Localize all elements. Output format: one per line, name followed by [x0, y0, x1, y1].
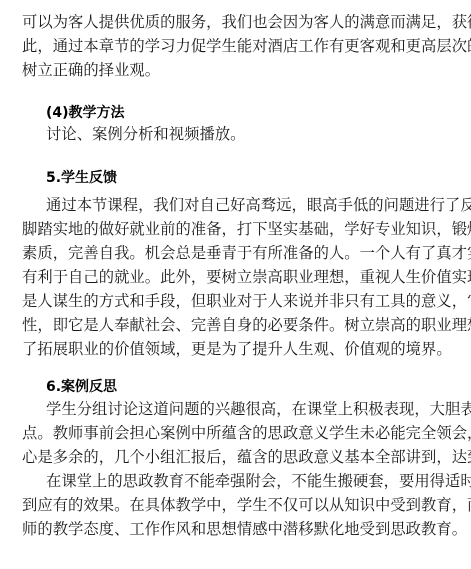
text-line: 是人谋生的方式和手段，但职业对于人来说并非只有工具的意义，它还具有目的 [22, 289, 440, 313]
text-line: 在课堂上的思政教育不能牵强附会，不能生搬硬套，要用得适时适地才能取 [46, 469, 440, 493]
text-line: 素质，完善自我。机会总是垂青于有所准备的人。一个人有了真才实学，才能更 [22, 241, 440, 265]
section-heading: 5.学生反馈 [46, 168, 117, 188]
text-line: 讨论、案例分析和视频播放。 [46, 122, 440, 146]
text-line: 性，即它是人奉献社会、完善自身的必要条件。树立崇高的职业理想，不仅是为 [22, 313, 440, 337]
text-line: 树立正确的择业观。 [22, 58, 440, 82]
text-line: 心是多余的，几个小组汇报后，蕴含的思政意义基本全部讲到，达到预期目的。 [22, 445, 440, 469]
document-page: 可以为客人提供优质的服务，我们也会因为客人的满意而满足，获得成就感。因 此，通过… [0, 0, 471, 569]
text-line: 点。教师事前会担心案例中所蕴含的思政意义学生未必能完全领会，但老师的担 [22, 421, 440, 445]
text-line: 此，通过本章节的学习力促学生能对酒店工作有更客观和更高层次的认识，从而 [22, 34, 440, 58]
text-line: 脚踏实地的做好就业前的准备，打下坚实基础，学好专业知识，锻炼能力，提高 [22, 217, 440, 241]
text-line: 师的教学态度、工作作风和思想情感中潜移默化地受到思政教育。 [22, 517, 440, 541]
text-line: 通过本节课程，我们对自己好高骛远，眼高手低的问题进行了反思，坚定了 [46, 193, 440, 217]
text-line: 可以为客人提供优质的服务，我们也会因为客人的满意而满足，获得成就感。因 [22, 10, 440, 34]
text-line: 有利于自己的就业。此外，要树立崇高职业理想，重视人生价值实现。职业活动 [22, 265, 440, 289]
section-heading: 6.案例反思 [46, 377, 117, 397]
text-line: 到应有的效果。在具体教学中，学生不仅可以从知识中受到教育，而且可以从教 [22, 493, 440, 517]
text-line: 了拓展职业的价值领域，更是为了提升人生观、价值观的境界。 [22, 337, 440, 361]
text-line: 学生分组讨论这道问题的兴趣很高，在课堂上积极表现，大胆表达自己的观 [46, 397, 440, 421]
section-heading: (4)教学方法 [46, 103, 125, 123]
